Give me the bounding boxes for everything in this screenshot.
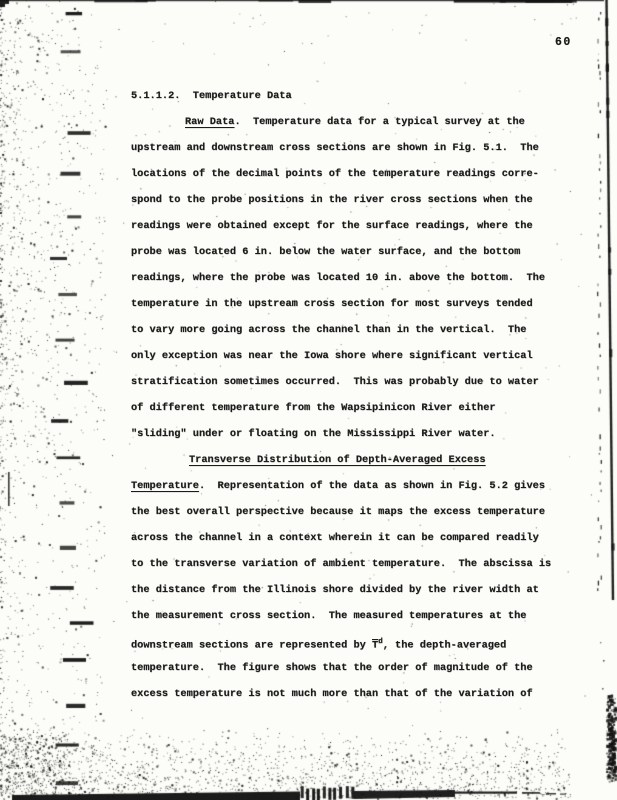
text-line: spond to the probe positions in the rive…: [131, 187, 591, 213]
text-line: across the channel in a context wherein …: [131, 525, 591, 551]
text-line: Temperature. Representation of the data …: [131, 473, 591, 499]
text-line: Transverse Distribution of Depth-Average…: [131, 447, 591, 473]
text-line: readings, where the probe was located 10…: [131, 265, 591, 291]
text-line: temperature in the upstream cross sectio…: [131, 291, 591, 317]
page-number: 60: [555, 36, 572, 50]
text-line: locations of the decimal points of the t…: [131, 161, 591, 187]
text-line: 5.1.1.2. Temperature Data: [131, 83, 591, 109]
text-line: "sliding" under or floating on the Missi…: [131, 421, 591, 447]
text-line: stratification sometimes occurred. This …: [131, 369, 591, 395]
text-line: the measurement cross section. The measu…: [131, 603, 591, 629]
text-line: upstream and downstream cross sections a…: [131, 135, 591, 161]
text-line: the best overall perspective because it …: [131, 499, 591, 525]
text-line: temperature. The figure shows that the o…: [131, 655, 591, 681]
text-line: Raw Data. Temperature data for a typical…: [131, 109, 591, 135]
text-line: only exception was near the Iowa shore w…: [131, 343, 591, 369]
text-line: readings were obtained except for the su…: [131, 213, 591, 239]
text-line: downstream sections are represented by T…: [131, 629, 591, 655]
text-line: probe was located 6 in. below the water …: [131, 239, 591, 265]
text-line: of different temperature from the Wapsip…: [131, 395, 591, 421]
document-body: 5.1.1.2. Temperature DataRaw Data. Tempe…: [131, 83, 591, 707]
text-line: excess temperature is not much more than…: [131, 681, 591, 707]
text-line: to vary more going across the channel th…: [131, 317, 591, 343]
text-line: the distance from the Illinois shore div…: [131, 577, 591, 603]
scanned-page: 60 5.1.1.2. Temperature DataRaw Data. Te…: [0, 0, 617, 800]
text-line: to the transverse variation of ambient t…: [131, 551, 591, 577]
